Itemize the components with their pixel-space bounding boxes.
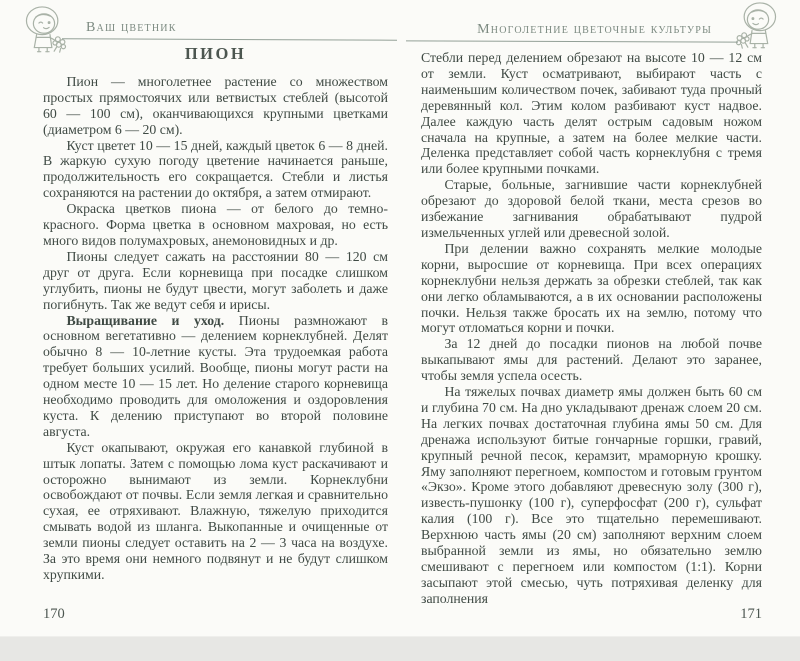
left-page: Ваш цветник ПИОН Пион — многолетнее раст… xyxy=(0,0,400,637)
book-bottom-edge xyxy=(0,636,800,661)
page-number-left: 170 xyxy=(43,606,65,623)
paragraph: При делении важно сохранять мелкие молод… xyxy=(421,241,762,336)
paragraph: На тяжелых почвах диаметр ямы должен быт… xyxy=(421,384,762,607)
right-page-text: Стебли перед делением обрезают на высоте… xyxy=(421,50,762,607)
chapter-title: ПИОН xyxy=(43,46,388,62)
running-header-left: Ваш цветник xyxy=(86,20,177,36)
section-lead-continuation: Пионы размножают в основном вегетативно … xyxy=(43,313,388,439)
paragraph: Пион — многолетнее растение со множество… xyxy=(43,74,388,138)
page-number-right: 171 xyxy=(421,606,762,623)
book-spread-scan: { "book": { "left_page": { "running_head… xyxy=(0,0,800,661)
paragraph: Стебли перед делением обрезают на высоте… xyxy=(421,50,762,177)
paragraph: Выращивание и уход. Пионы размножают в о… xyxy=(43,313,388,440)
girl-with-bouquet-icon xyxy=(730,2,786,50)
right-page: Многолетние цветочные культуры Стебли пе… xyxy=(400,0,800,637)
header-rule-left xyxy=(62,38,397,40)
paragraph: Куст цветет 10 — 15 дней, каждый цветок … xyxy=(43,138,388,202)
header-rule-right xyxy=(406,40,738,42)
paragraph: За 12 дней до посадки пионов на любой по… xyxy=(421,336,762,384)
paragraph: Пионы следует сажать на расстоянии 80 — … xyxy=(43,249,388,313)
section-lead: Выращивание и уход. xyxy=(66,313,224,328)
paragraph: Старые, больные, загнившие части корнекл… xyxy=(421,177,762,241)
left-page-text: ПИОН Пион — многолетнее растение со множ… xyxy=(43,46,388,583)
running-header-right: Многолетние цветочные культуры xyxy=(477,22,712,38)
paragraph: Куст окапывают, окружая его канавкой глу… xyxy=(43,440,388,583)
paragraph: Окраска цветков пиона — от белого до тем… xyxy=(43,201,388,249)
